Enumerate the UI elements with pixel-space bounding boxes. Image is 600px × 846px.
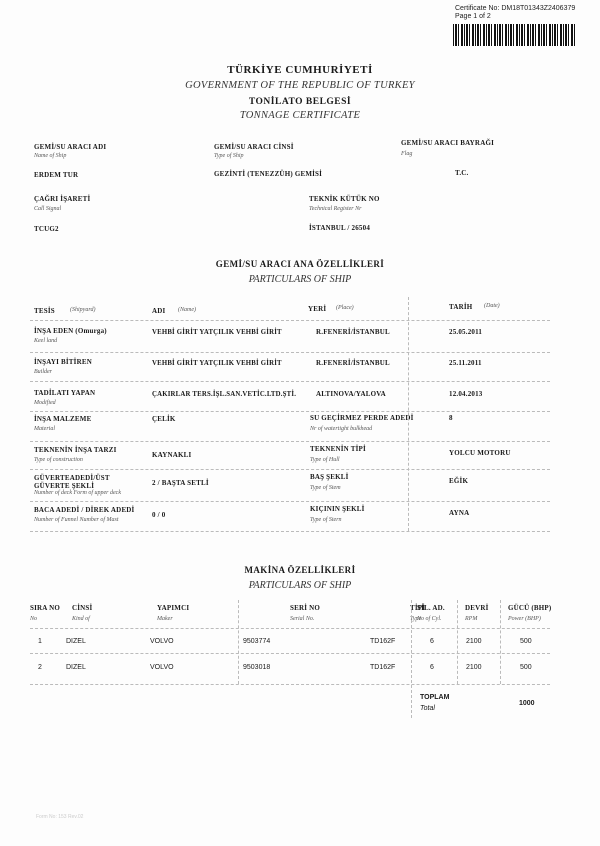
spec-row-right-label: KIÇININ ŞEKLİ	[310, 505, 365, 513]
spec-row-value: 2 / BAŞTA SETLİ	[152, 479, 209, 487]
engine-cell: VOLVO	[150, 664, 174, 671]
engine-column-header-en: Power (BHP)	[508, 616, 541, 622]
spec-row-value: KAYNAKLI	[152, 451, 191, 459]
total-value: 1000	[519, 700, 535, 707]
doc-title-en: TONNAGE CERTIFICATE	[0, 110, 600, 121]
engine-column-header-en: Kind of	[72, 616, 90, 622]
total-label: TOPLAM	[420, 694, 449, 701]
engine-column-header: SİL. AD.	[417, 604, 445, 612]
barcode-icon	[453, 24, 576, 46]
engine-cell: 9503018	[243, 664, 270, 671]
divider	[30, 441, 550, 442]
ship-type-value: GEZİNTİ (TENEZZÜH) GEMİSİ	[214, 170, 322, 178]
engine-cell: 2100	[466, 638, 482, 645]
engines-title-en: PARTICULARS OF SHIP	[0, 580, 600, 591]
spec-row-value: ÇELİK	[152, 415, 176, 423]
divider	[30, 684, 550, 685]
engine-cell: 500	[520, 638, 532, 645]
spec-row-label-en: Material	[34, 426, 55, 432]
engine-cell: TD162F	[370, 638, 395, 645]
spec-row-label: BACA ADEDİ / DİREK ADEDİ	[34, 506, 135, 514]
engine-column-header: YAPIMCI	[157, 604, 189, 612]
engine-cell: VOLVO	[150, 638, 174, 645]
certificate-number: DM18T01343Z2406379	[501, 5, 575, 12]
column-divider	[411, 600, 412, 718]
form-number: Form No: 153 Rev.02	[36, 814, 83, 820]
spec-row-right-value: EĞİK	[449, 477, 468, 485]
engine-cell: 2	[38, 664, 42, 671]
yard-row-date: 25.11.2011	[449, 359, 482, 367]
engine-cell: 9503774	[243, 638, 270, 645]
spec-row-right-label-en: Type of Hull	[310, 457, 340, 463]
yard-row-label-en: Keel land	[34, 338, 57, 344]
engine-cell: 6	[430, 664, 434, 671]
spec-row-right-label: BAŞ ŞEKLİ	[310, 473, 349, 481]
engine-cell: 6	[430, 638, 434, 645]
engine-column-header-en: Maker	[157, 616, 173, 622]
header-name-en: (Name)	[178, 307, 196, 313]
certificate-number-label: Certificate No:	[455, 5, 499, 12]
call-sign-label-en: Call Signal	[34, 206, 61, 212]
ship-name-label: GEMİ/SU ARACI ADI	[34, 143, 106, 151]
engine-column-header-en: No of Cyl.	[417, 616, 442, 622]
ship-type-label: GEMİ/SU ARACI CİNSİ	[214, 143, 294, 151]
engine-column-header-en: RPM	[465, 616, 477, 622]
yard-row-label-en: Builder	[34, 369, 52, 375]
divider	[30, 653, 550, 654]
certificate-info: Certificate No: DM18T01343Z2406379 Page …	[455, 5, 575, 21]
engine-cell: DIZEL	[66, 664, 86, 671]
spec-row-value: 0 / 0	[152, 511, 165, 519]
yard-row-name: ÇAKIRLAR TERS.İŞL.SAN.VETİC.LTD.ŞTİ.	[152, 391, 296, 398]
divider	[30, 381, 550, 382]
yard-row-name: VEHBİ GİRİT YATÇILIK VEHBİ GİRİT	[152, 329, 282, 336]
spec-row-right-value: AYNA	[449, 509, 469, 517]
header-date: TARİH	[449, 303, 472, 311]
engines-title-tr: MAKİNA ÖZELLİKLERİ	[0, 565, 600, 575]
spec-row-right-label: TEKNENİN TİPİ	[310, 445, 366, 453]
register-label-en: Technical Register Nr	[309, 206, 361, 212]
column-divider	[500, 600, 501, 684]
column-divider	[457, 600, 458, 684]
spec-row-label-en: Number of Funnel Number of Mast	[34, 517, 119, 523]
ship-name-value: ERDEM TUR	[34, 171, 78, 179]
header-place: YERİ	[308, 305, 326, 313]
engine-column-header: DEVRİ	[465, 604, 489, 612]
yard-row-date: 12.04.2013	[449, 390, 483, 398]
divider	[30, 411, 550, 412]
header-place-en: (Place)	[336, 305, 354, 311]
engine-column-header: GÜCÜ (BHP)	[508, 604, 551, 612]
spec-row-label-en: Number of deck Form of upper deck	[34, 490, 121, 496]
header-shipyard: TESİS	[34, 307, 55, 315]
spec-row-right-value: YOLCU MOTORU	[449, 449, 511, 457]
engine-column-header: SERİ NO	[290, 604, 320, 612]
register-value: İSTANBUL / 26504	[309, 224, 370, 232]
divider	[30, 628, 550, 629]
yard-row-label: TADİLATI YAPAN	[34, 389, 95, 397]
divider	[30, 320, 550, 321]
flag-value: T.C.	[455, 169, 469, 177]
flag-label-en: Flag	[401, 151, 412, 157]
divider	[30, 501, 550, 502]
ship-name-label-en: Name of Ship	[34, 153, 66, 159]
call-sign-value: TCUG2	[34, 225, 59, 233]
page-indicator: Page 1 of 2	[455, 13, 575, 21]
yard-row-place: ALTINOVA/YALOVA	[316, 390, 386, 398]
header-date-en: (Date)	[484, 303, 500, 309]
divider	[30, 531, 550, 532]
flag-label: GEMİ/SU ARACI BAYRAĞI	[401, 139, 494, 147]
call-sign-label: ÇAĞRI İŞARETİ	[34, 195, 90, 203]
column-divider	[238, 600, 239, 684]
ship-type-label-en: Type of Ship	[214, 153, 244, 159]
engine-cell: 2100	[466, 664, 482, 671]
spec-row-label: İNŞA MALZEME	[34, 415, 91, 423]
divider	[30, 352, 550, 353]
particulars-title-en: PARTICULARS OF SHIP	[0, 274, 600, 285]
spec-row-right-label-en: Nr of watertight bulkhead	[310, 426, 372, 432]
yard-row-label: İNŞAYI BİTİREN	[34, 358, 92, 366]
spec-row-label: TEKNENİN İNŞA TARZI	[34, 446, 117, 454]
yard-row-date: 25.05.2011	[449, 328, 482, 336]
register-label: TEKNİK KÜTÜK NO	[309, 195, 380, 203]
title-en: GOVERNMENT OF THE REPUBLIC OF TURKEY	[0, 80, 600, 91]
yard-row-place: R.FENERİ/İSTANBUL	[316, 359, 390, 367]
title-tr: TÜRKİYE CUMHURİYETİ	[0, 64, 600, 76]
engine-column-header-en: No	[30, 616, 37, 622]
yard-row-place: R.FENERİ/İSTANBUL	[316, 328, 390, 336]
header-name: ADI	[152, 307, 165, 315]
spec-row-label-en: Type of construction	[34, 457, 83, 463]
total-label-en: Total	[420, 705, 435, 712]
particulars-title-tr: GEMİ/SU ARACI ANA ÖZELLİKLERİ	[0, 259, 600, 269]
yard-row-label-en: Modified	[34, 400, 56, 406]
doc-title-tr: TONİLATO BELGESİ	[0, 97, 600, 107]
engine-column-header: SIRA NO	[30, 604, 60, 612]
divider	[30, 469, 550, 470]
spec-row-right-label: SU GEÇİRMEZ PERDE ADEDİ	[310, 414, 414, 422]
engine-cell: TD162F	[370, 664, 395, 671]
engine-column-header-en: Serial No.	[290, 616, 314, 622]
spec-row-label: GÜVERTEADEDİ/ÜST GÜVERTE ŞEKLİ	[34, 474, 134, 490]
yard-row-name: VEHBİ GİRİT YATÇILIK VEHBİ GİRİT	[152, 360, 282, 367]
spec-row-right-label-en: Type of Stern	[310, 517, 342, 523]
yard-row-label: İNŞA EDEN (Omurga)	[34, 327, 107, 335]
engine-column-header: CİNSİ	[72, 604, 92, 612]
engine-cell: 500	[520, 664, 532, 671]
spec-row-right-label-en: Type of Stem	[310, 485, 341, 491]
engine-cell: 1	[38, 638, 42, 645]
column-divider	[408, 297, 409, 531]
engine-cell: DIZEL	[66, 638, 86, 645]
spec-row-right-value: 8	[449, 414, 453, 422]
header-shipyard-en: (Shipyard)	[70, 307, 95, 313]
